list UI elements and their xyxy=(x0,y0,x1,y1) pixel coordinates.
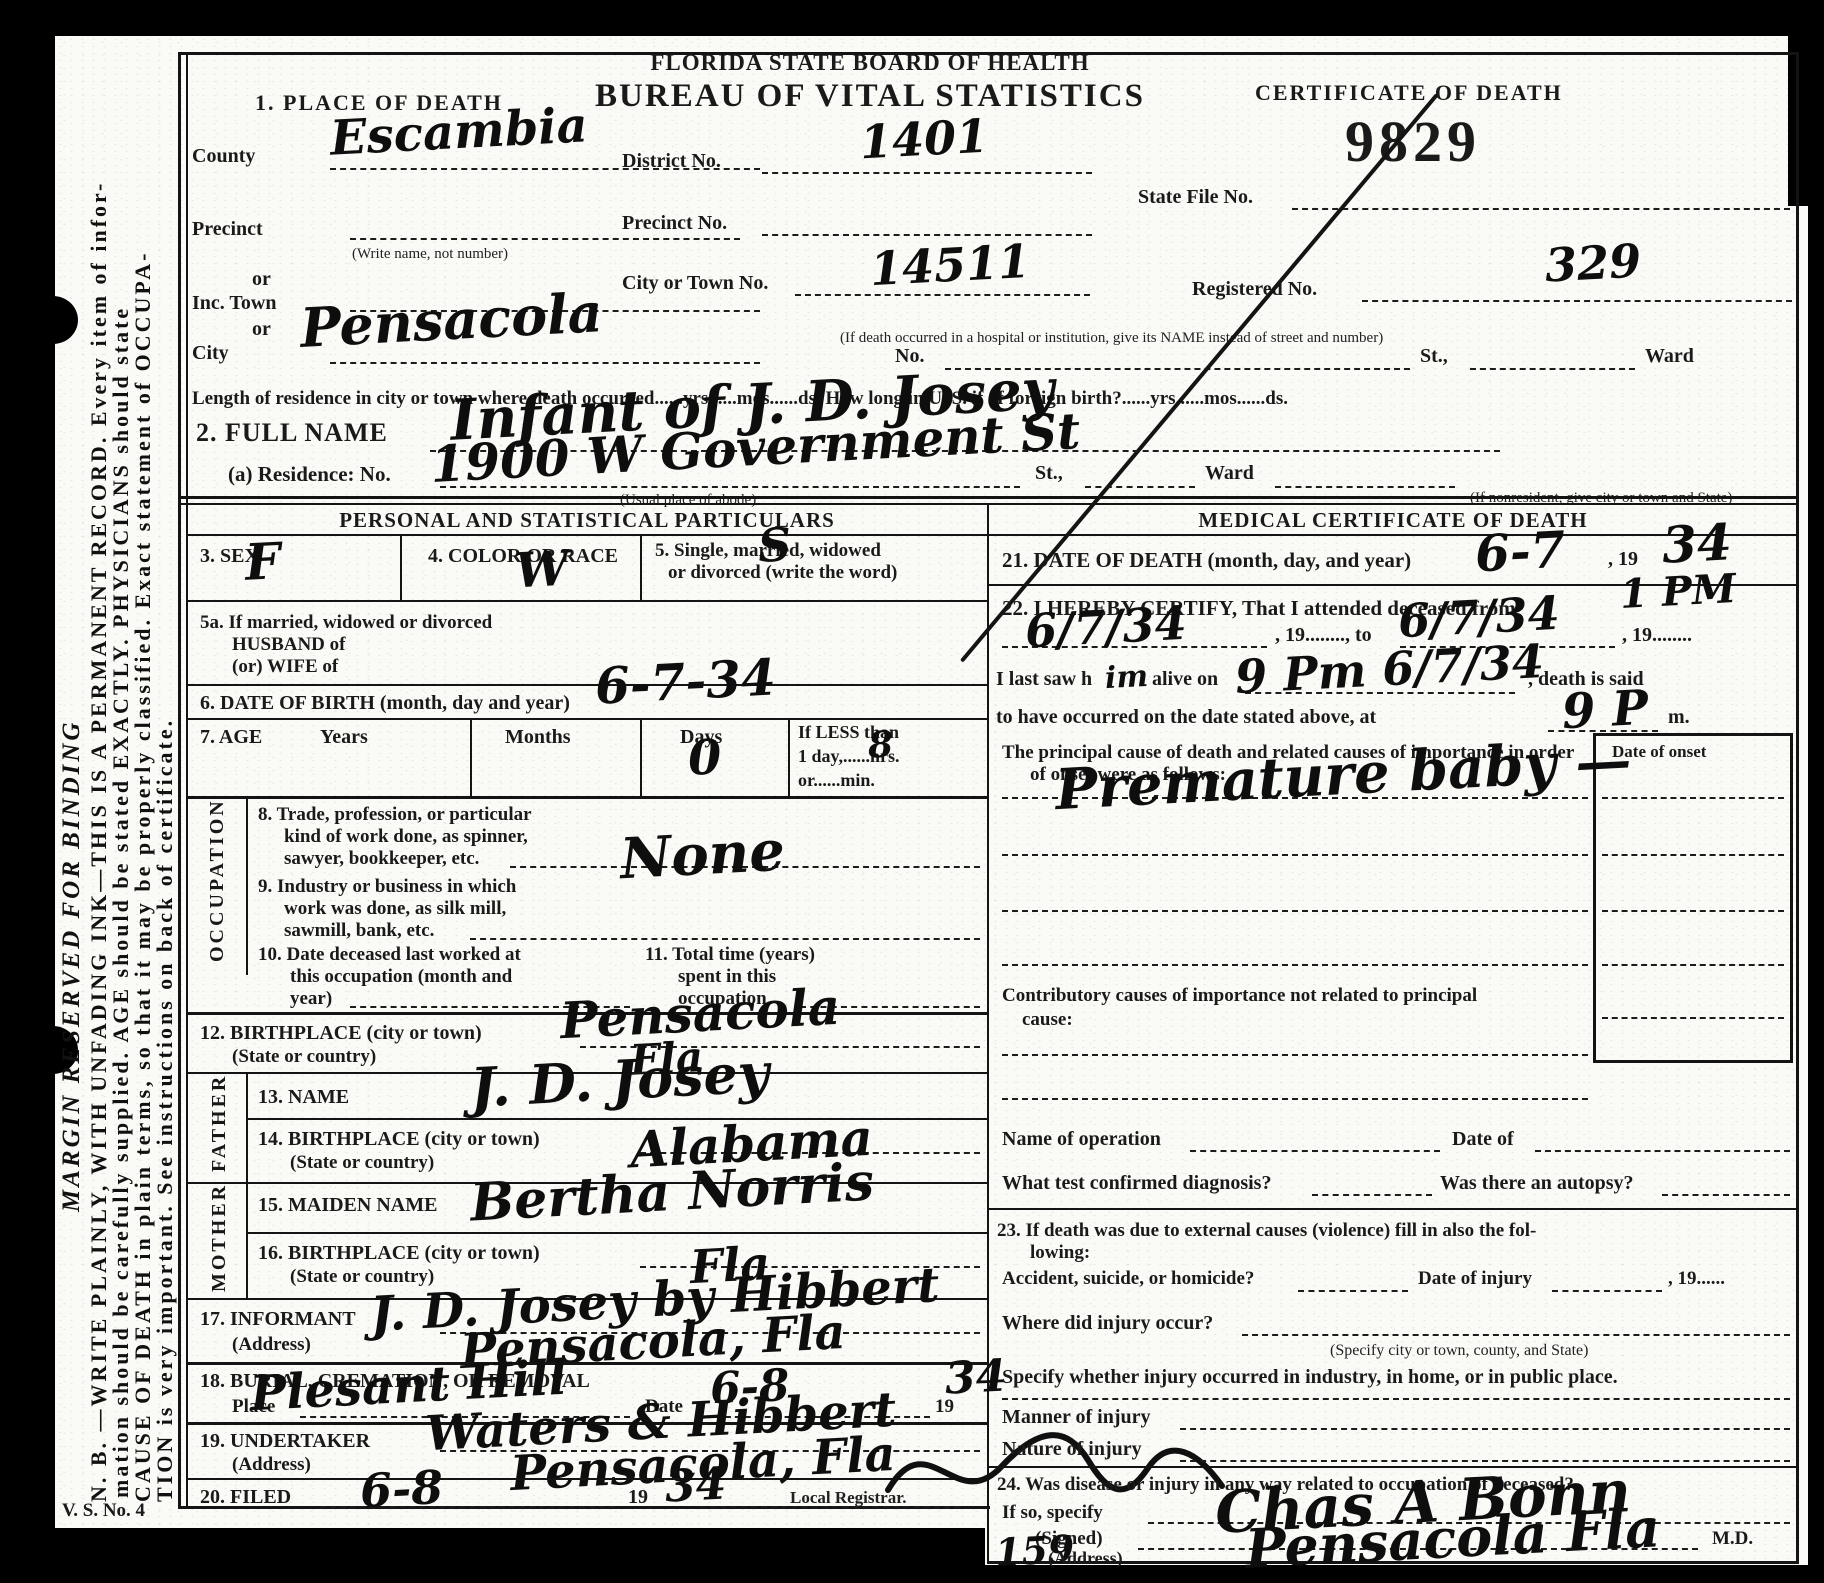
dotted-line xyxy=(1298,1288,1408,1292)
dotted-line xyxy=(1552,1288,1662,1292)
rule xyxy=(1790,733,1793,1063)
injury-date-label: Date of injury xyxy=(1418,1268,1532,1290)
scan-edge-bottom-left xyxy=(55,1528,985,1583)
trade-line2: kind of work done, as spinner, xyxy=(284,826,528,848)
row5a-line2: HUSBAND of xyxy=(232,634,345,656)
filed-19-label: 19 xyxy=(628,1486,648,1509)
dotted-line xyxy=(1602,795,1784,799)
autopsy-label: Was there an autopsy? xyxy=(1440,1172,1634,1195)
rule xyxy=(246,1072,248,1182)
m-label: m. xyxy=(1668,706,1690,729)
precinct-label: Precinct xyxy=(192,218,263,241)
dotted-line xyxy=(1602,908,1784,912)
age-label: 7. AGE xyxy=(200,726,262,749)
dotted-line xyxy=(1085,484,1195,488)
total-time-line1: 11. Total time (years) xyxy=(645,944,815,966)
external-causes-line2: lowing: xyxy=(1030,1242,1090,1264)
external-causes-line1: 23. If death was due to external causes … xyxy=(997,1220,1536,1242)
informant-label: 17. INFORMANT xyxy=(200,1308,356,1331)
father-name-label: 13. NAME xyxy=(258,1086,349,1109)
rule xyxy=(186,600,988,602)
certify-to-19: , 19........ xyxy=(1622,624,1692,647)
dotted-line xyxy=(1470,366,1635,370)
dotted-line xyxy=(1275,484,1455,488)
age-less-line3: or......min. xyxy=(798,770,875,791)
dotted-line xyxy=(1180,1458,1790,1462)
age-days-value: 0 xyxy=(687,729,723,787)
father-birthplace-note: (State or country) xyxy=(290,1152,434,1174)
filed-date-value: 6-8 xyxy=(359,1460,445,1518)
certificate-title: CERTIFICATE OF DEATH xyxy=(1255,80,1563,106)
last-saw-label: I last saw h xyxy=(996,668,1092,691)
margin-binding-note: MARGIN RESERVED FOR BINDING xyxy=(58,720,86,1212)
birthplace-label: 12. BIRTHPLACE (city or town) xyxy=(200,1022,482,1045)
residence-label: (a) Residence: No. xyxy=(228,462,391,487)
color-race-value: W xyxy=(514,541,571,600)
if-so-specify-label: If so, specify xyxy=(1002,1502,1103,1524)
rule xyxy=(246,1118,988,1120)
test-label: What test confirmed diagnosis? xyxy=(1002,1172,1271,1195)
dotted-line xyxy=(762,170,1092,174)
accident-label: Accident, suicide, or homicide? xyxy=(1002,1268,1254,1290)
dob-value: 6-7-34 xyxy=(594,647,778,715)
rule xyxy=(470,718,472,796)
hospital-note: (If death occurred in a hospital or inst… xyxy=(840,330,1383,347)
last-worked-line3: year) xyxy=(290,988,332,1010)
where-injury-label: Where did injury occur? xyxy=(1002,1312,1213,1335)
dotted-line xyxy=(1602,1015,1784,1019)
sex-value: F xyxy=(243,531,282,592)
district-no-value: 1401 xyxy=(859,109,990,170)
rule xyxy=(246,799,248,975)
personal-section-title: PERSONAL AND STATISTICAL PARTICULARS xyxy=(186,508,988,533)
rule xyxy=(178,52,181,1508)
operation-date-label: Date of xyxy=(1452,1128,1514,1151)
or-label: or xyxy=(252,268,271,291)
dotted-line xyxy=(330,360,760,364)
father-side-label: FATHER xyxy=(208,1074,231,1172)
st-label: St., xyxy=(1420,345,1448,368)
injury-19-label: , 19...... xyxy=(1668,1268,1725,1290)
industry-line3: sawmill, bank, etc. xyxy=(284,920,434,942)
trade-line1: 8. Trade, profession, or particular xyxy=(258,804,532,826)
dotted-line xyxy=(1002,962,1588,966)
dotted-line xyxy=(1002,908,1588,912)
marital-value: S xyxy=(757,517,793,573)
operation-label: Name of operation xyxy=(1002,1128,1161,1151)
burial-year-value: 34 xyxy=(944,1350,1008,1404)
dotted-line xyxy=(1002,852,1588,856)
dotted-line xyxy=(1312,1192,1432,1196)
dob-label: 6. DATE OF BIRTH (month, day and year) xyxy=(200,692,570,715)
city-town-no-value: 14511 xyxy=(869,234,1032,296)
ward-label: Ward xyxy=(1645,345,1694,368)
contributory-line2: cause: xyxy=(1022,1009,1073,1031)
dotted-line xyxy=(1535,1148,1790,1152)
board-title: FLORIDA STATE BOARD OF HEALTH xyxy=(610,50,1130,76)
occurred-label: to have occurred on the date stated abov… xyxy=(996,706,1376,729)
residence-st-label: St., xyxy=(1035,462,1063,485)
bureau-title: BUREAU OF VITAL STATISTICS xyxy=(580,78,1160,115)
rule xyxy=(1796,52,1799,1564)
dotted-line xyxy=(470,936,980,940)
rule xyxy=(186,796,988,799)
rule xyxy=(988,1208,1798,1210)
dotted-line xyxy=(1002,1052,1588,1056)
rule xyxy=(400,534,402,600)
specify-injury-label: Specify whether injury occurred in indus… xyxy=(1002,1366,1618,1389)
attended-from-date: 6/7/34 xyxy=(1024,596,1188,658)
filed-label: 20. FILED xyxy=(200,1486,291,1509)
last-worked-line2: this occupation (month and xyxy=(290,966,512,988)
rule xyxy=(1593,1060,1793,1063)
physician-address-label: (Address) xyxy=(1048,1548,1123,1569)
precinct-no-label: Precinct No. xyxy=(622,212,727,235)
nature-of-injury-label: Nature of injury xyxy=(1002,1438,1142,1461)
mother-birthplace-label: 16. BIRTHPLACE (city or town) xyxy=(258,1242,540,1265)
city-town-no-label: City or Town No. xyxy=(622,272,768,295)
rule xyxy=(246,1182,248,1298)
age-hours-value: 8 xyxy=(867,723,894,766)
rule xyxy=(988,1466,1798,1468)
manner-of-injury-label: Manner of injury xyxy=(1002,1406,1151,1429)
rule xyxy=(640,534,642,600)
father-birthplace-label: 14. BIRTHPLACE (city or town) xyxy=(258,1128,540,1151)
where-injury-note: (Specify city or town, county, and State… xyxy=(1330,1342,1588,1360)
filed-year-value: 34 xyxy=(664,1458,728,1512)
age-months-label: Months xyxy=(505,726,571,749)
alive-on-label: alive on xyxy=(1152,668,1218,691)
dotted-line xyxy=(1292,206,1790,210)
dotted-line xyxy=(1002,1096,1588,1100)
dotted-line xyxy=(795,292,1090,296)
form-number: V. S. No. 4 xyxy=(62,1500,145,1522)
industry-line2: work was done, as silk mill, xyxy=(284,898,506,920)
date-of-death-label: 21. DATE OF DEATH (month, day, and year) xyxy=(1002,548,1411,573)
margin-note-line4: TION is very important. See instructions… xyxy=(152,718,178,1502)
inc-town-label: Inc. Town xyxy=(192,292,277,315)
age-years-label: Years xyxy=(320,726,368,749)
rule xyxy=(178,496,1798,499)
precinct-note: (Write name, not number) xyxy=(352,246,508,263)
dotted-line xyxy=(1002,1396,1790,1400)
rule xyxy=(186,52,188,1508)
last-saw-him-value: im xyxy=(1104,659,1149,696)
row5a-line3: (or) WIFE of xyxy=(232,656,338,678)
scan-edge-left xyxy=(0,0,55,1583)
dotted-line xyxy=(1242,1332,1790,1336)
rule xyxy=(640,718,642,796)
undertaker-label: 19. UNDERTAKER xyxy=(200,1430,370,1453)
last-worked-line1: 10. Date deceased last worked at xyxy=(258,944,521,966)
city-label: City xyxy=(192,342,229,365)
scan-edge-right xyxy=(1808,0,1824,1583)
state-file-no-label: State File No. xyxy=(1138,186,1253,209)
occupation-side-label: OCCUPATION xyxy=(206,798,229,962)
death-certificate-scan: MARGIN RESERVED FOR BINDING N. B. —WRITE… xyxy=(0,0,1824,1583)
rule xyxy=(186,684,988,686)
rule xyxy=(788,718,790,796)
rule xyxy=(186,718,988,720)
rule xyxy=(987,503,989,1564)
scan-edge-top xyxy=(0,0,1824,36)
dotted-line xyxy=(1190,1148,1440,1152)
rule xyxy=(186,534,988,536)
row5a-line1: 5a. If married, widowed or divorced xyxy=(200,612,492,634)
dotted-line xyxy=(1180,1426,1790,1430)
trade-line3: sawyer, bookkeeper, etc. xyxy=(284,848,479,870)
punch-hole xyxy=(28,296,78,344)
abode-note: (Usual place of abode) xyxy=(620,492,756,509)
mother-maiden-name-label: 15. MAIDEN NAME xyxy=(258,1194,437,1217)
dotted-line xyxy=(762,232,1092,236)
district-no-label: District No. xyxy=(622,150,721,173)
mother-side-label: MOTHER xyxy=(208,1183,231,1292)
county-label: County xyxy=(192,145,255,168)
informant-address-label: (Address) xyxy=(232,1334,311,1356)
residence-ward-label: Ward xyxy=(1205,462,1254,485)
birthplace-note: (State or country) xyxy=(232,1046,376,1068)
dotted-line xyxy=(1662,1192,1790,1196)
dotted-line xyxy=(1602,962,1784,966)
attended-from-time: 1 PM xyxy=(1619,565,1737,618)
industry-value: None xyxy=(618,818,786,893)
full-name-label: 2. FULL NAME xyxy=(196,418,388,448)
dotted-line xyxy=(1362,298,1792,302)
dotted-line xyxy=(350,236,740,240)
rule xyxy=(246,1232,988,1234)
or-label: or xyxy=(252,318,271,341)
registered-no-label: Registered No. xyxy=(1192,278,1317,301)
undertaker-address-label: (Address) xyxy=(232,1454,311,1476)
contributory-line1: Contributory causes of importance not re… xyxy=(1002,985,1477,1007)
date-of-death-19: , 19 xyxy=(1608,548,1638,571)
dotted-line xyxy=(1602,852,1784,856)
md-label: M.D. xyxy=(1712,1528,1753,1550)
rule xyxy=(186,1478,988,1480)
registered-no-value: 329 xyxy=(1544,234,1643,293)
date-of-death-value: 6-7 xyxy=(1474,520,1567,584)
industry-line1: 9. Industry or business in which xyxy=(258,876,516,898)
